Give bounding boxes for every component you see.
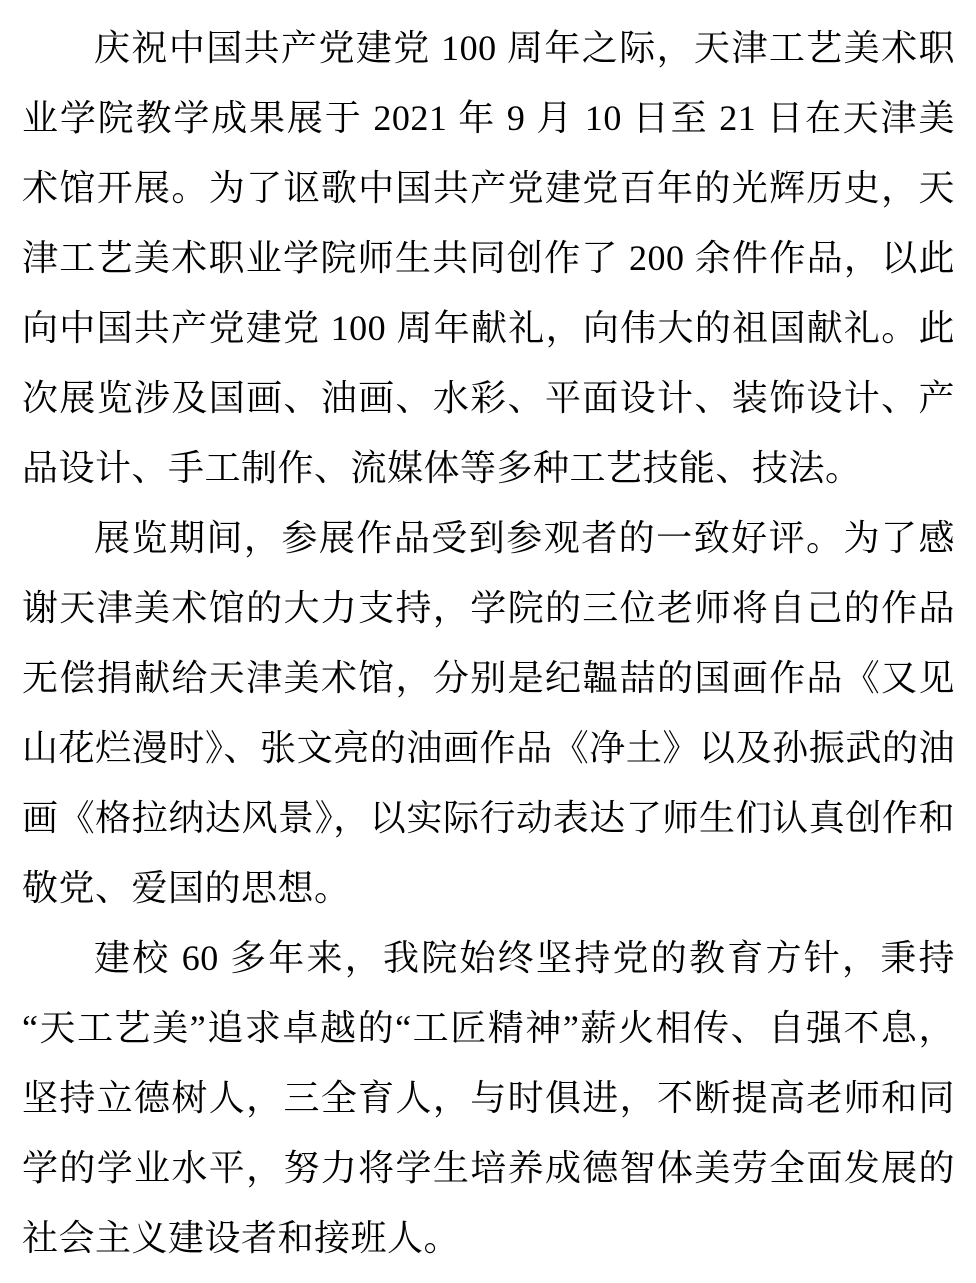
paragraph-exhibition-intro: 庆祝中国共产党建党 100 周年之际，天津工艺美术职业学院教学成果展于 2021…	[22, 13, 955, 503]
paragraph-school-mission: 建校 60 多年来，我院始终坚持党的教育方针，秉持“天工艺美”追求卓越的“工匠精…	[22, 923, 955, 1273]
document-page: 庆祝中国共产党建党 100 周年之际，天津工艺美术职业学院教学成果展于 2021…	[0, 0, 976, 1283]
paragraph-artwork-donation: 展览期间，参展作品受到参观者的一致好评。为了感谢天津美术馆的大力支持，学院的三位…	[22, 503, 955, 923]
